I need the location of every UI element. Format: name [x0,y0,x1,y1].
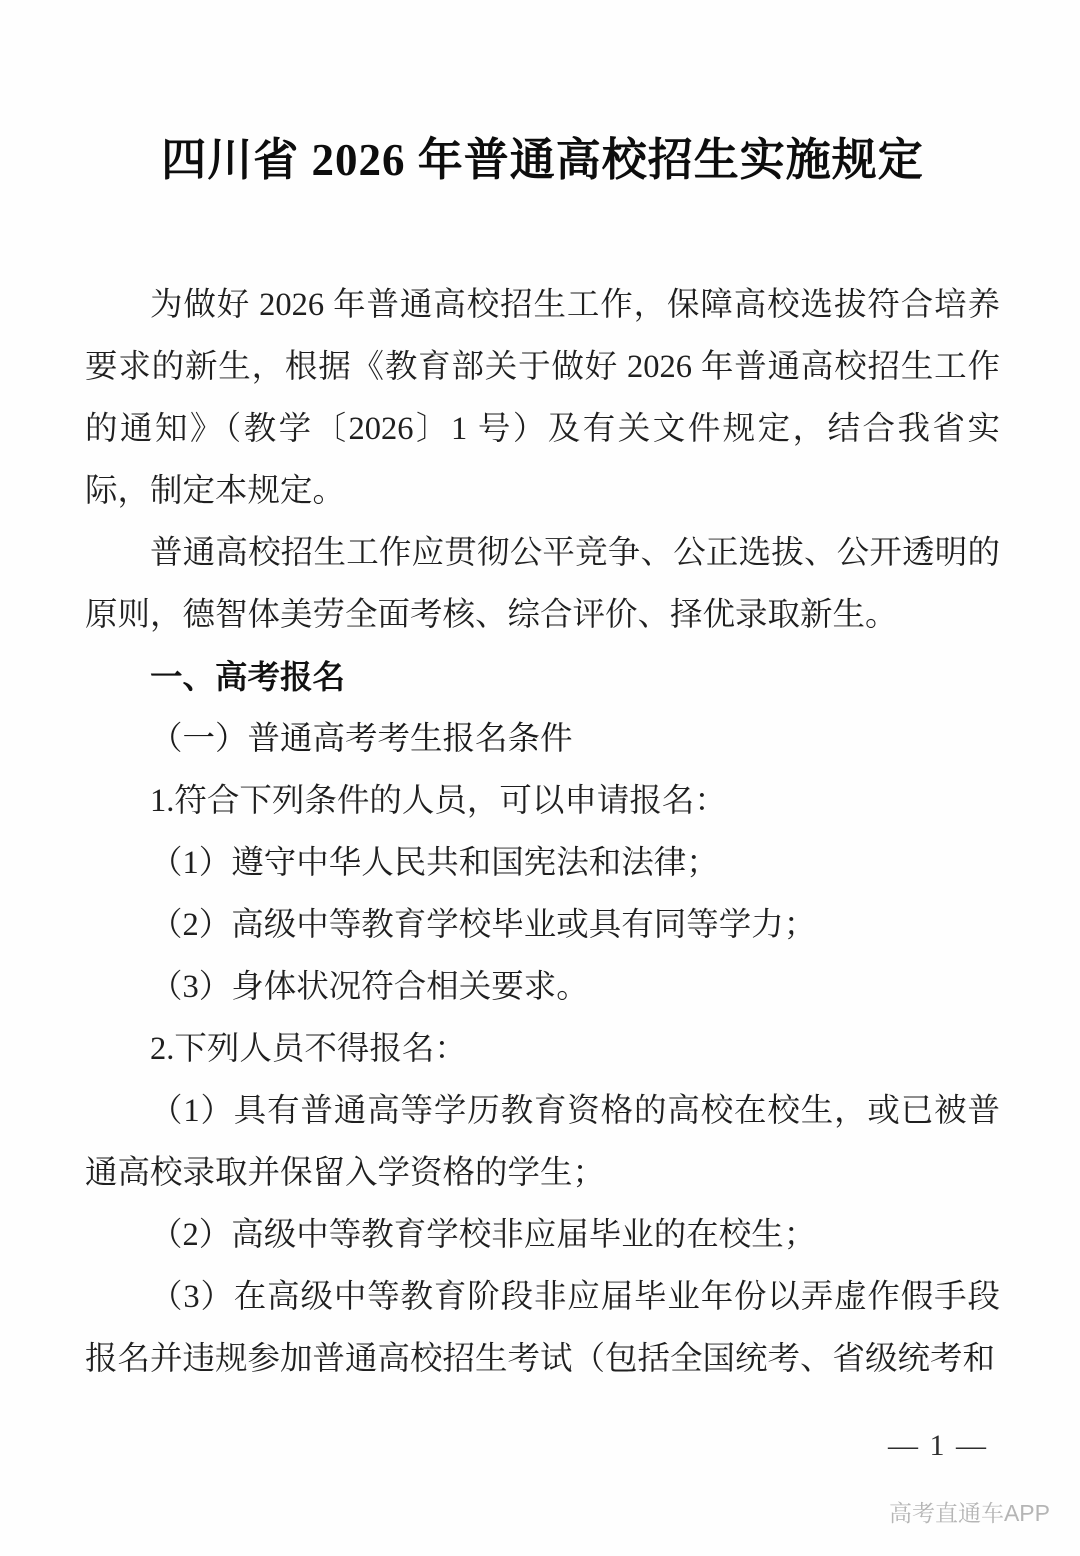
document-page: 四川省 2026 年普通高校招生实施规定 为做好 2026 年普通高校招生工作，… [0,0,1080,1556]
watermark-label: 高考直通车APP [889,1498,1050,1528]
paragraph-principles: 普通高校招生工作应贯彻公平竞争、公正选拔、公开透明的原则，德智体美劳全面考核、综… [85,522,1000,646]
paragraph-item-2-1: （1）具有普通高等学历教育资格的高校在校生，或已被普通高校录取并保留入学资格的学… [85,1080,1000,1204]
paragraph-item-2-2: （2）高级中等教育学校非应届毕业的在校生； [85,1204,1000,1266]
paragraph-item-2: 2.下列人员不得报名： [85,1018,1000,1080]
paragraph-item-1-2: （2）高级中等教育学校毕业或具有同等学力； [85,894,1000,956]
paragraph-item-1-1: （1）遵守中华人民共和国宪法和法律； [85,832,1000,894]
section-heading-registration: 一、高考报名 [85,646,1000,708]
paragraph-item-1-3: （3）身体状况符合相关要求。 [85,956,1000,1018]
document-body: 四川省 2026 年普通高校招生实施规定 为做好 2026 年普通高校招生工作，… [85,132,1000,1390]
paragraph-intro: 为做好 2026 年普通高校招生工作，保障高校选拔符合培养要求的新生，根据《教育… [85,274,1000,522]
paragraph-item-2-3: （3）在高级中等教育阶段非应届毕业年份以弄虚作假手段报名并违规参加普通高校招生考… [85,1266,1000,1390]
paragraph-item-1: 1.符合下列条件的人员，可以申请报名： [85,770,1000,832]
document-title: 四川省 2026 年普通高校招生实施规定 [85,132,1000,188]
page-number: — 1 — [888,1428,988,1464]
subsection-heading-conditions: （一）普通高考考生报名条件 [85,708,1000,770]
